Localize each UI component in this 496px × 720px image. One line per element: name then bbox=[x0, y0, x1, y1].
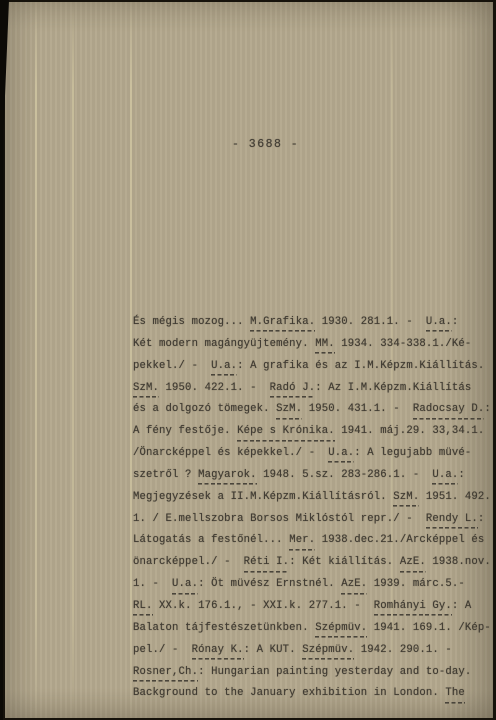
text-segment: : Öt müvész Ernstnél. bbox=[198, 578, 341, 590]
text-line: és a dolgozó tömegek. SzM. 1950. 431.1. … bbox=[133, 403, 493, 425]
text-segment: : A grafika és az I.M.Képzm.Kiállítás. bbox=[237, 360, 484, 372]
text-segment: Radó J. bbox=[270, 382, 316, 399]
text-segment: Balaton tájfestészetünkben. bbox=[133, 622, 315, 634]
text-segment: AzE. bbox=[400, 556, 426, 573]
text-segment: : Két kiállítás. bbox=[289, 556, 400, 568]
text-segment: Két modern magángyüjtemény. bbox=[133, 338, 315, 350]
text-segment: 1941. 169.1. /Kép- bbox=[367, 622, 491, 634]
text-segment: : bbox=[458, 469, 465, 481]
text-segment: Szépmüv. bbox=[302, 644, 354, 661]
text-line: RL. XX.k. 176.1., - XXI.k. 277.1. - Romh… bbox=[133, 600, 493, 622]
text-segment: 1930. 281.1. - bbox=[315, 316, 426, 328]
text-segment: SzM. bbox=[393, 491, 419, 508]
text-line: pekkel./ - U.a.: A grafika és az I.M.Kép… bbox=[133, 360, 493, 382]
text-segment: önarcképpel./ - bbox=[133, 556, 244, 568]
text-segment: Rendy L. bbox=[426, 513, 478, 530]
text-line: /Önarcképpel és képekkel./ - U.a.: A leg… bbox=[133, 447, 493, 469]
text-segment: U.a. bbox=[328, 447, 354, 464]
text-segment: : A bbox=[452, 600, 472, 612]
text-segment: SzM. bbox=[276, 403, 302, 420]
text-segment: U.a. bbox=[432, 469, 458, 486]
text-segment: : A legujabb müvé- bbox=[354, 447, 471, 459]
text-segment: Magyarok. bbox=[198, 469, 257, 486]
text-segment: : Hungarian painting yesterday and to-da… bbox=[198, 666, 471, 678]
text-segment: 1. / E.mellszobra Borsos Miklóstól repr.… bbox=[133, 513, 426, 525]
text-segment: : bbox=[478, 513, 485, 525]
text-segment: 1942. 290.1. - bbox=[354, 644, 452, 656]
text-segment: 1. - bbox=[133, 578, 172, 590]
text-segment: U.a. bbox=[172, 578, 198, 595]
text-segment: 1938.nov. bbox=[426, 556, 491, 568]
text-segment: Rosner,Ch. bbox=[133, 666, 198, 683]
paper-fold-line bbox=[130, 2, 132, 718]
text-segment: Szépmüv. bbox=[315, 622, 367, 639]
text-line: Két modern magángyüjtemény. MM. 1934. 33… bbox=[133, 338, 493, 360]
text-line: Látogatás a festőnél... Mer. 1938.dec.21… bbox=[133, 534, 493, 556]
text-segment: The bbox=[445, 687, 465, 704]
text-line: pel./ - Rónay K.: A KUT. Szépmüv. 1942. … bbox=[133, 644, 493, 666]
text-segment: Background to the January exhibition in … bbox=[133, 687, 445, 699]
text-segment: Réti I. bbox=[244, 556, 290, 573]
text-segment: : bbox=[484, 403, 491, 415]
text-segment: Romhányi Gy. bbox=[374, 600, 452, 617]
text-block: És mégis mozog... M.Grafika. 1930. 281.1… bbox=[133, 316, 493, 709]
text-line: Megjegyzések a II.M.Képzm.Kiállításról. … bbox=[133, 491, 493, 513]
text-segment: Képe s Krónika. bbox=[237, 425, 335, 442]
page-number: - 3688 - bbox=[232, 138, 299, 151]
text-segment: Mer. bbox=[289, 534, 315, 551]
text-line: Rosner,Ch.: Hungarian painting yesterday… bbox=[133, 666, 493, 688]
text-segment: 1934. 334-338.1./Ké- bbox=[335, 338, 472, 350]
text-segment: : bbox=[452, 316, 459, 328]
text-segment: AzE. bbox=[341, 578, 367, 595]
text-segment: 1950. 422.1. - bbox=[159, 382, 270, 394]
text-segment: és a dolgozó tömegek. bbox=[133, 403, 276, 415]
text-line: önarcképpel./ - Réti I.: Két kiállítás. … bbox=[133, 556, 493, 578]
text-line: És mégis mozog... M.Grafika. 1930. 281.1… bbox=[133, 316, 493, 338]
text-segment: SzM. bbox=[133, 382, 159, 399]
text-segment: 1951. 492. bbox=[419, 491, 491, 503]
text-segment: 1939. márc.5.- bbox=[367, 578, 465, 590]
paper-fold-line bbox=[72, 2, 74, 718]
text-segment: : Az I.M.Képzm.Kiállítás bbox=[315, 382, 471, 394]
paper-fold-line bbox=[35, 2, 37, 718]
text-segment: U.a. bbox=[426, 316, 452, 333]
text-segment: /Önarcképpel és képekkel./ - bbox=[133, 447, 328, 459]
text-segment: : A KUT. bbox=[244, 644, 303, 656]
text-segment: Látogatás a festőnél... bbox=[133, 534, 289, 546]
text-segment: Rónay K. bbox=[192, 644, 244, 661]
text-line: SzM. 1950. 422.1. - Radó J.: Az I.M.Képz… bbox=[133, 382, 493, 404]
text-line: szetről ? Magyarok. 1948. 5.sz. 283-286.… bbox=[133, 469, 493, 491]
text-line: 1. / E.mellszobra Borsos Miklóstól repr.… bbox=[133, 513, 493, 535]
text-segment: RL. bbox=[133, 600, 153, 617]
text-segment: M.Grafika. bbox=[250, 316, 315, 333]
text-line: Background to the January exhibition in … bbox=[133, 687, 493, 709]
text-segment: És mégis mozog... bbox=[133, 316, 250, 328]
text-segment: Megjegyzések a II.M.Képzm.Kiállításról. bbox=[133, 491, 393, 503]
scanned-paper-page: - 3688 - És mégis mozog... M.Grafika. 19… bbox=[5, 2, 493, 718]
text-segment: 1941. máj.29. 33,34.1. bbox=[335, 425, 485, 437]
text-segment: pekkel./ - bbox=[133, 360, 211, 372]
text-segment: pel./ - bbox=[133, 644, 192, 656]
text-line: 1. - U.a.: Öt müvész Ernstnél. AzE. 1939… bbox=[133, 578, 493, 600]
text-segment: U.a. bbox=[211, 360, 237, 377]
text-segment: szetről ? bbox=[133, 469, 198, 481]
text-line: Balaton tájfestészetünkben. Szépmüv. 194… bbox=[133, 622, 493, 644]
text-segment: 1950. 431.1. - bbox=[302, 403, 413, 415]
text-segment: Radocsay D. bbox=[413, 403, 485, 420]
text-segment: MM. bbox=[315, 338, 335, 355]
text-segment: XX.k. 176.1., - XXI.k. 277.1. - bbox=[153, 600, 374, 612]
text-segment: 1938.dec.21./Arcképpel és bbox=[315, 534, 484, 546]
text-segment: 1948. 5.sz. 283-286.1. - bbox=[257, 469, 433, 481]
text-segment: A fény festője. bbox=[133, 425, 237, 437]
text-line: A fény festője. Képe s Krónika. 1941. má… bbox=[133, 425, 493, 447]
